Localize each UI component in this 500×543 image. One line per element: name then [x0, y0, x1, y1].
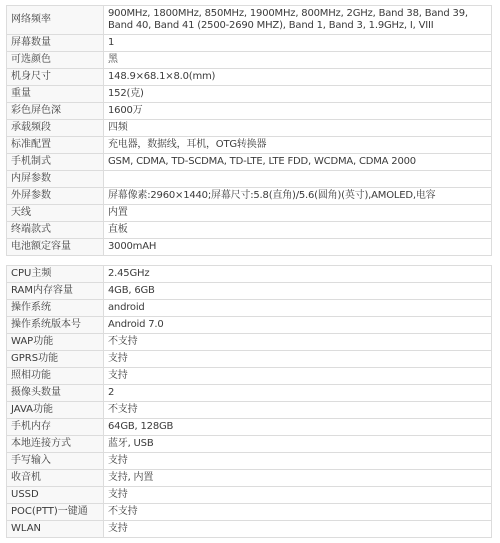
- phone-spec-sheet: 网络频率900MHz, 1800MHz, 850MHz, 1900MHz, 80…: [0, 0, 500, 543]
- spec-label: USSD: [7, 487, 104, 504]
- spec-value: 支持: [104, 351, 492, 368]
- spec-label: CPU主频: [7, 266, 104, 283]
- spec-value: 148.9×68.1×8.0(mm): [104, 69, 492, 86]
- spec-label: 手写输入: [7, 453, 104, 470]
- spec-table-basic: 网络频率900MHz, 1800MHz, 850MHz, 1900MHz, 80…: [6, 5, 492, 256]
- spec-value: 不支持: [104, 504, 492, 521]
- spec-value: 4GB, 6GB: [104, 283, 492, 300]
- spec-value: GSM, CDMA, TD-SCDMA, TD-LTE, LTE FDD, WC…: [104, 154, 492, 171]
- spec-label: 网络频率: [7, 6, 104, 35]
- spec-label: 本地连接方式: [7, 436, 104, 453]
- spec-label: 重量: [7, 86, 104, 103]
- spec-value: 支持, 内置: [104, 470, 492, 487]
- spec-label: 操作系统版本号: [7, 317, 104, 334]
- spec-value: 黑: [104, 52, 492, 69]
- spec-value: 充电器，数据线，耳机，OTG转换器: [104, 137, 492, 154]
- spec-row: 操作系统版本号Android 7.0: [7, 317, 492, 334]
- spec-label: 照相功能: [7, 368, 104, 385]
- spec-label: 手机制式: [7, 154, 104, 171]
- spec-label: 可选颜色: [7, 52, 104, 69]
- spec-row: 标准配置充电器，数据线，耳机，OTG转换器: [7, 137, 492, 154]
- spec-value: android: [104, 300, 492, 317]
- spec-row: 照相功能支持: [7, 368, 492, 385]
- spec-label: WAP功能: [7, 334, 104, 351]
- spec-value: 不支持: [104, 402, 492, 419]
- spec-row: 本地连接方式蓝牙, USB: [7, 436, 492, 453]
- spec-value: 900MHz, 1800MHz, 850MHz, 1900MHz, 800MHz…: [104, 6, 492, 35]
- spec-label: 标准配置: [7, 137, 104, 154]
- spec-label: 电池额定容量: [7, 239, 104, 256]
- spec-row: 外屏参数屏幕像素:2960×1440;屏幕尺寸:5.8(直角)/5.6(圆角)(…: [7, 188, 492, 205]
- spec-label: 摄像头数量: [7, 385, 104, 402]
- spec-value: 支持: [104, 521, 492, 538]
- spec-row: WLAN支持: [7, 521, 492, 538]
- spec-value: 不支持: [104, 334, 492, 351]
- spec-label: 天线: [7, 205, 104, 222]
- spec-label: 手机内存: [7, 419, 104, 436]
- spec-label: 彩色屏色深: [7, 103, 104, 120]
- spec-row: 彩色屏色深1600万: [7, 103, 492, 120]
- spec-value: 64GB, 128GB: [104, 419, 492, 436]
- spec-value: 屏幕像素:2960×1440;屏幕尺寸:5.8(直角)/5.6(圆角)(英寸),…: [104, 188, 492, 205]
- spec-row: 可选颜色黑: [7, 52, 492, 69]
- spec-value: 152(克): [104, 86, 492, 103]
- spec-value: [104, 171, 492, 188]
- spec-row: 手写输入支持: [7, 453, 492, 470]
- spec-value: 3000mAH: [104, 239, 492, 256]
- spec-row: 重量152(克): [7, 86, 492, 103]
- spec-row: 屏幕数量1: [7, 35, 492, 52]
- spec-label: 机身尺寸: [7, 69, 104, 86]
- spec-row: CPU主频2.45GHz: [7, 266, 492, 283]
- spec-value: Android 7.0: [104, 317, 492, 334]
- spec-label: 屏幕数量: [7, 35, 104, 52]
- spec-label: POC(PTT)一键通: [7, 504, 104, 521]
- spec-label: RAM内存容量: [7, 283, 104, 300]
- spec-value: 四频: [104, 120, 492, 137]
- spec-row: 机身尺寸148.9×68.1×8.0(mm): [7, 69, 492, 86]
- spec-value: 2.45GHz: [104, 266, 492, 283]
- spec-value: 支持: [104, 487, 492, 504]
- spec-label: 承载频段: [7, 120, 104, 137]
- spec-label: 操作系统: [7, 300, 104, 317]
- spec-label: WLAN: [7, 521, 104, 538]
- spec-row: 内屏参数: [7, 171, 492, 188]
- table-gap: [6, 256, 492, 265]
- spec-row: 网络频率900MHz, 1800MHz, 850MHz, 1900MHz, 80…: [7, 6, 492, 35]
- spec-row: USSD支持: [7, 487, 492, 504]
- spec-row: 天线内置: [7, 205, 492, 222]
- spec-value: 1600万: [104, 103, 492, 120]
- spec-label: 收音机: [7, 470, 104, 487]
- spec-label: 终端款式: [7, 222, 104, 239]
- spec-row: 承载频段四频: [7, 120, 492, 137]
- spec-row: POC(PTT)一键通不支持: [7, 504, 492, 521]
- spec-value: 蓝牙, USB: [104, 436, 492, 453]
- spec-row: 手机内存64GB, 128GB: [7, 419, 492, 436]
- spec-value: 支持: [104, 453, 492, 470]
- spec-row: WAP功能不支持: [7, 334, 492, 351]
- spec-row: 收音机支持, 内置: [7, 470, 492, 487]
- spec-row: GPRS功能支持: [7, 351, 492, 368]
- spec-value: 支持: [104, 368, 492, 385]
- spec-row: 终端款式直板: [7, 222, 492, 239]
- spec-table-features: CPU主频2.45GHzRAM内存容量4GB, 6GB操作系统android操作…: [6, 265, 492, 538]
- spec-label: 内屏参数: [7, 171, 104, 188]
- spec-label: GPRS功能: [7, 351, 104, 368]
- spec-label: JAVA功能: [7, 402, 104, 419]
- spec-label: 外屏参数: [7, 188, 104, 205]
- spec-row: 摄像头数量2: [7, 385, 492, 402]
- spec-value: 直板: [104, 222, 492, 239]
- spec-row: 手机制式GSM, CDMA, TD-SCDMA, TD-LTE, LTE FDD…: [7, 154, 492, 171]
- spec-value: 1: [104, 35, 492, 52]
- spec-row: JAVA功能不支持: [7, 402, 492, 419]
- spec-value: 2: [104, 385, 492, 402]
- spec-row: 操作系统android: [7, 300, 492, 317]
- spec-row: 电池额定容量3000mAH: [7, 239, 492, 256]
- spec-row: RAM内存容量4GB, 6GB: [7, 283, 492, 300]
- spec-value: 内置: [104, 205, 492, 222]
